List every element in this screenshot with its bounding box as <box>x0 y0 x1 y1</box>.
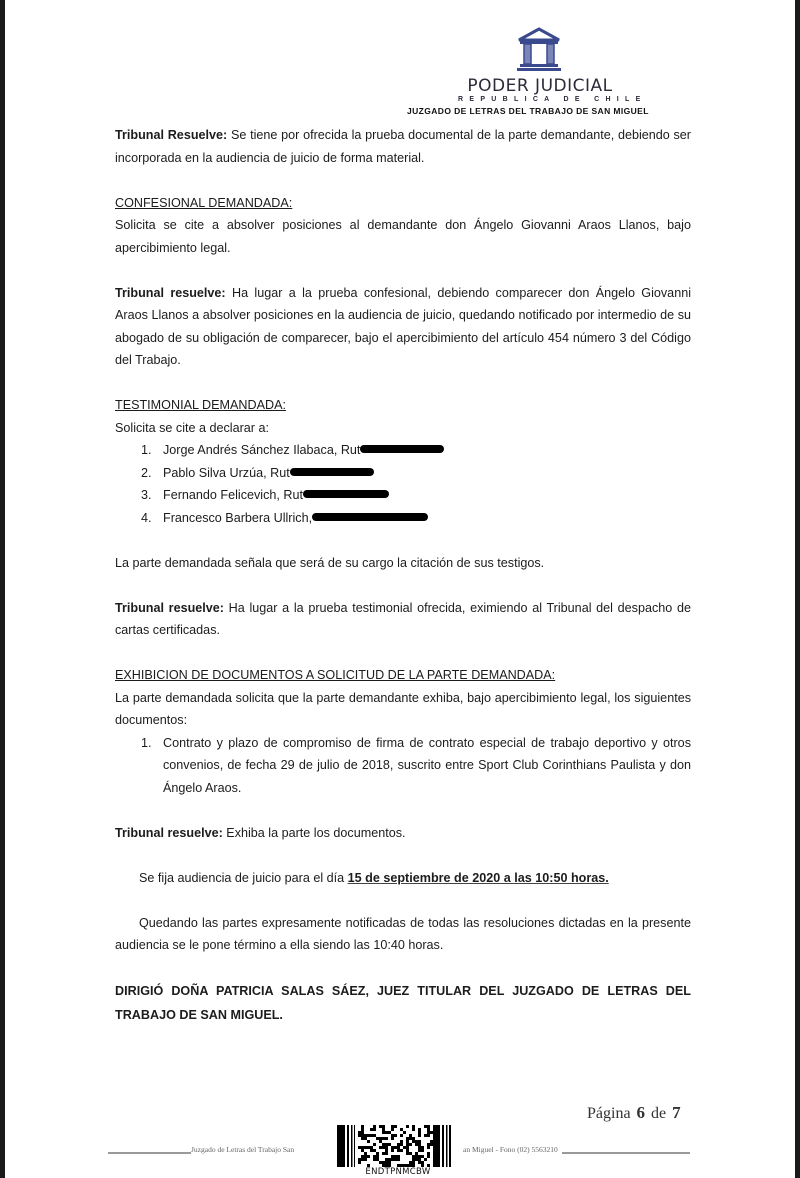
resolution-label: Tribunal resuelve: <box>115 286 226 300</box>
exhibicion-heading: EXHIBICION DE DOCUMENTOS A SOLICITUD DE … <box>115 664 691 687</box>
closing-statement: Quedando las partes expresamente notific… <box>115 912 691 957</box>
footer-divider <box>562 1152 690 1154</box>
pdf417-barcode-icon <box>335 1125 455 1167</box>
footer-address-left: Juzgado de Letras del Trabajo San <box>191 1145 294 1154</box>
footer-divider <box>108 1152 191 1154</box>
institution-name: PODER JUDICIAL <box>450 76 630 96</box>
exhibicion-resolution: Tribunal resuelve: Exhiba la parte los d… <box>115 822 691 845</box>
testimonial-note: La parte demandada señala que será de su… <box>115 552 691 575</box>
resolution-label: Tribunal resuelve: <box>115 601 224 615</box>
list-item: 2.Pablo Silva Urzúa, Rut <box>115 462 691 485</box>
resolution-label: Tribunal Resuelve: <box>115 128 227 142</box>
redaction-mark <box>303 490 389 498</box>
testimonial-heading: TESTIMONIAL DEMANDADA: <box>115 394 691 417</box>
redaction-mark <box>360 445 444 453</box>
testimonial-resolution: Tribunal resuelve: Ha lugar a la prueba … <box>115 597 691 642</box>
country-name: REPUBLICA DE CHILE <box>458 96 622 103</box>
redaction-mark <box>312 513 428 521</box>
resolution-text: Exhiba la parte los documentos. <box>223 826 406 840</box>
document-page: PODER JUDICIAL REPUBLICA DE CHILE JUZGAD… <box>5 0 795 1178</box>
resolution-label: Tribunal resuelve: <box>115 826 223 840</box>
witness-list: 1.Jorge Andrés Sánchez Ilabaca, Rut 2.Pa… <box>115 439 691 529</box>
judge-signature: DIRIGIÓ DOÑA PATRICIA SALAS SÁEZ, JUEZ T… <box>115 979 691 1027</box>
courthouse-columns-icon <box>515 26 563 74</box>
verification-code: ENDTPNMCBW <box>358 1167 438 1177</box>
footer-address-right: an Miguel - Fono (02) 5563210 <box>463 1145 558 1154</box>
redaction-mark <box>290 468 374 476</box>
document-list: 1.Contrato y plazo de compromiso de firm… <box>115 732 691 800</box>
confesional-heading: CONFESIONAL DEMANDADA: <box>115 192 691 215</box>
document-body: Tribunal Resuelve: Se tiene por ofrecida… <box>115 124 691 1027</box>
list-item: 4.Francesco Barbera Ullrich, <box>115 507 691 530</box>
letterhead: PODER JUDICIAL REPUBLICA DE CHILE JUZGAD… <box>400 26 700 120</box>
testimonial-intro: Solicita se cite a declarar a: <box>115 417 691 440</box>
page-number: Página 6 de 7 <box>587 1103 681 1123</box>
documental-resolution: Tribunal Resuelve: Se tiene por ofrecida… <box>115 124 691 169</box>
list-item: 1.Jorge Andrés Sánchez Ilabaca, Rut <box>115 439 691 462</box>
hearing-date: Se fija audiencia de juicio para el día … <box>115 867 691 890</box>
list-item: 1.Contrato y plazo de compromiso de firm… <box>115 732 691 800</box>
court-name: JUZGADO DE LETRAS DEL TRABAJO DE SAN MIG… <box>407 106 687 116</box>
list-item: 3.Fernando Felicevich, Rut <box>115 484 691 507</box>
confesional-request: Solicita se cite a absolver posiciones a… <box>115 214 691 259</box>
hearing-datetime: 15 de septiembre de 2020 a las 10:50 hor… <box>348 871 609 885</box>
confesional-resolution: Tribunal resuelve: Ha lugar a la prueba … <box>115 282 691 372</box>
exhibicion-intro: La parte demandada solicita que la parte… <box>115 687 691 732</box>
